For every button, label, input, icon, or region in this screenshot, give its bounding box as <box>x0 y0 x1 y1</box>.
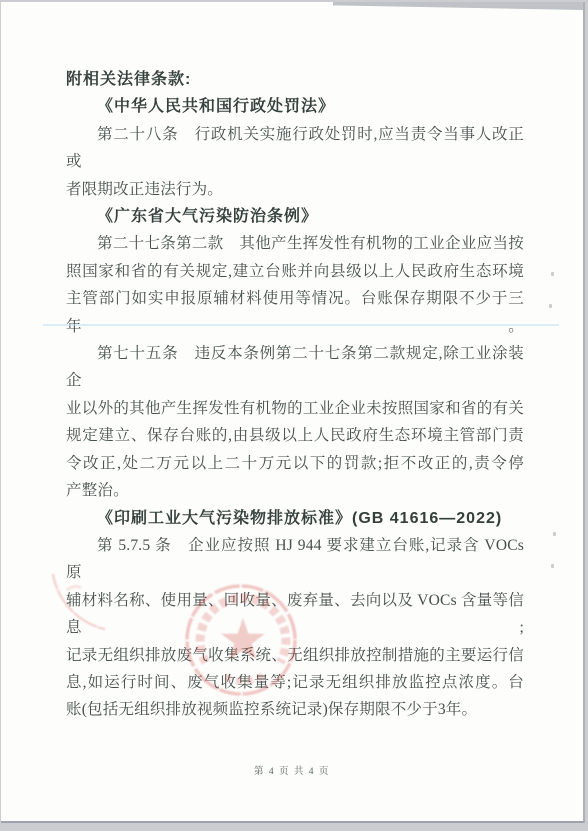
text-line: 照国家和省的有关规定,建立台账并向县级以上人民政府生态环境 <box>66 258 524 285</box>
text-line: 第二十八条 行政机关实施行政处罚时,应当责令当事人改正或 <box>66 121 524 176</box>
page-number: 第 4 页 共 4 页 <box>1 763 583 777</box>
scan-speck <box>549 304 552 308</box>
scan-speck <box>553 532 556 536</box>
scanned-page: 附相关法律条款:《中华人民共和国行政处罚法》第二十八条 行政机关实施行政处罚时,… <box>1 2 585 823</box>
text-line: 主管部门如实申报原辅材料使用等情况。台账保存期限不少于三年。 <box>66 285 524 340</box>
scan-artifact-line <box>43 324 559 326</box>
partial-seal-arc <box>21 542 141 662</box>
seal-star-icon <box>221 618 265 660</box>
text-line: 者限期改正违法行为。 <box>66 176 524 203</box>
text-line: 第二十七条第二款 其他产生挥发性有机物的工业企业应当按 <box>66 230 524 257</box>
scan-speck <box>551 272 554 276</box>
text-line: 令改正,处二万元以上二十万元以下的罚款;拒不改正的,责令停 <box>66 450 524 477</box>
text-line: 《印刷工业大气污染物排放标准》(GB 41616—2022) <box>66 505 524 532</box>
official-seal-stamp <box>181 582 301 702</box>
text-line: 规定建立、保存台账的,由县级以上人民政府生态环境主管部门责 <box>66 422 524 449</box>
text-line: 《广东省大气污染防治条例》 <box>66 203 524 230</box>
text-line: 《中华人民共和国行政处罚法》 <box>66 93 524 120</box>
scan-speck <box>551 564 554 568</box>
text-line: 业以外的其他产生挥发性有机物的工业企业未按照国家和省的有关 <box>66 395 524 422</box>
text-line: 产整治。 <box>66 477 524 504</box>
text-line: 附相关法律条款: <box>66 66 524 93</box>
scan-edge-shadow <box>333 2 583 10</box>
text-line: 第七十五条 违反本条例第二十七条第二款规定,除工业涂装企 <box>66 340 524 395</box>
